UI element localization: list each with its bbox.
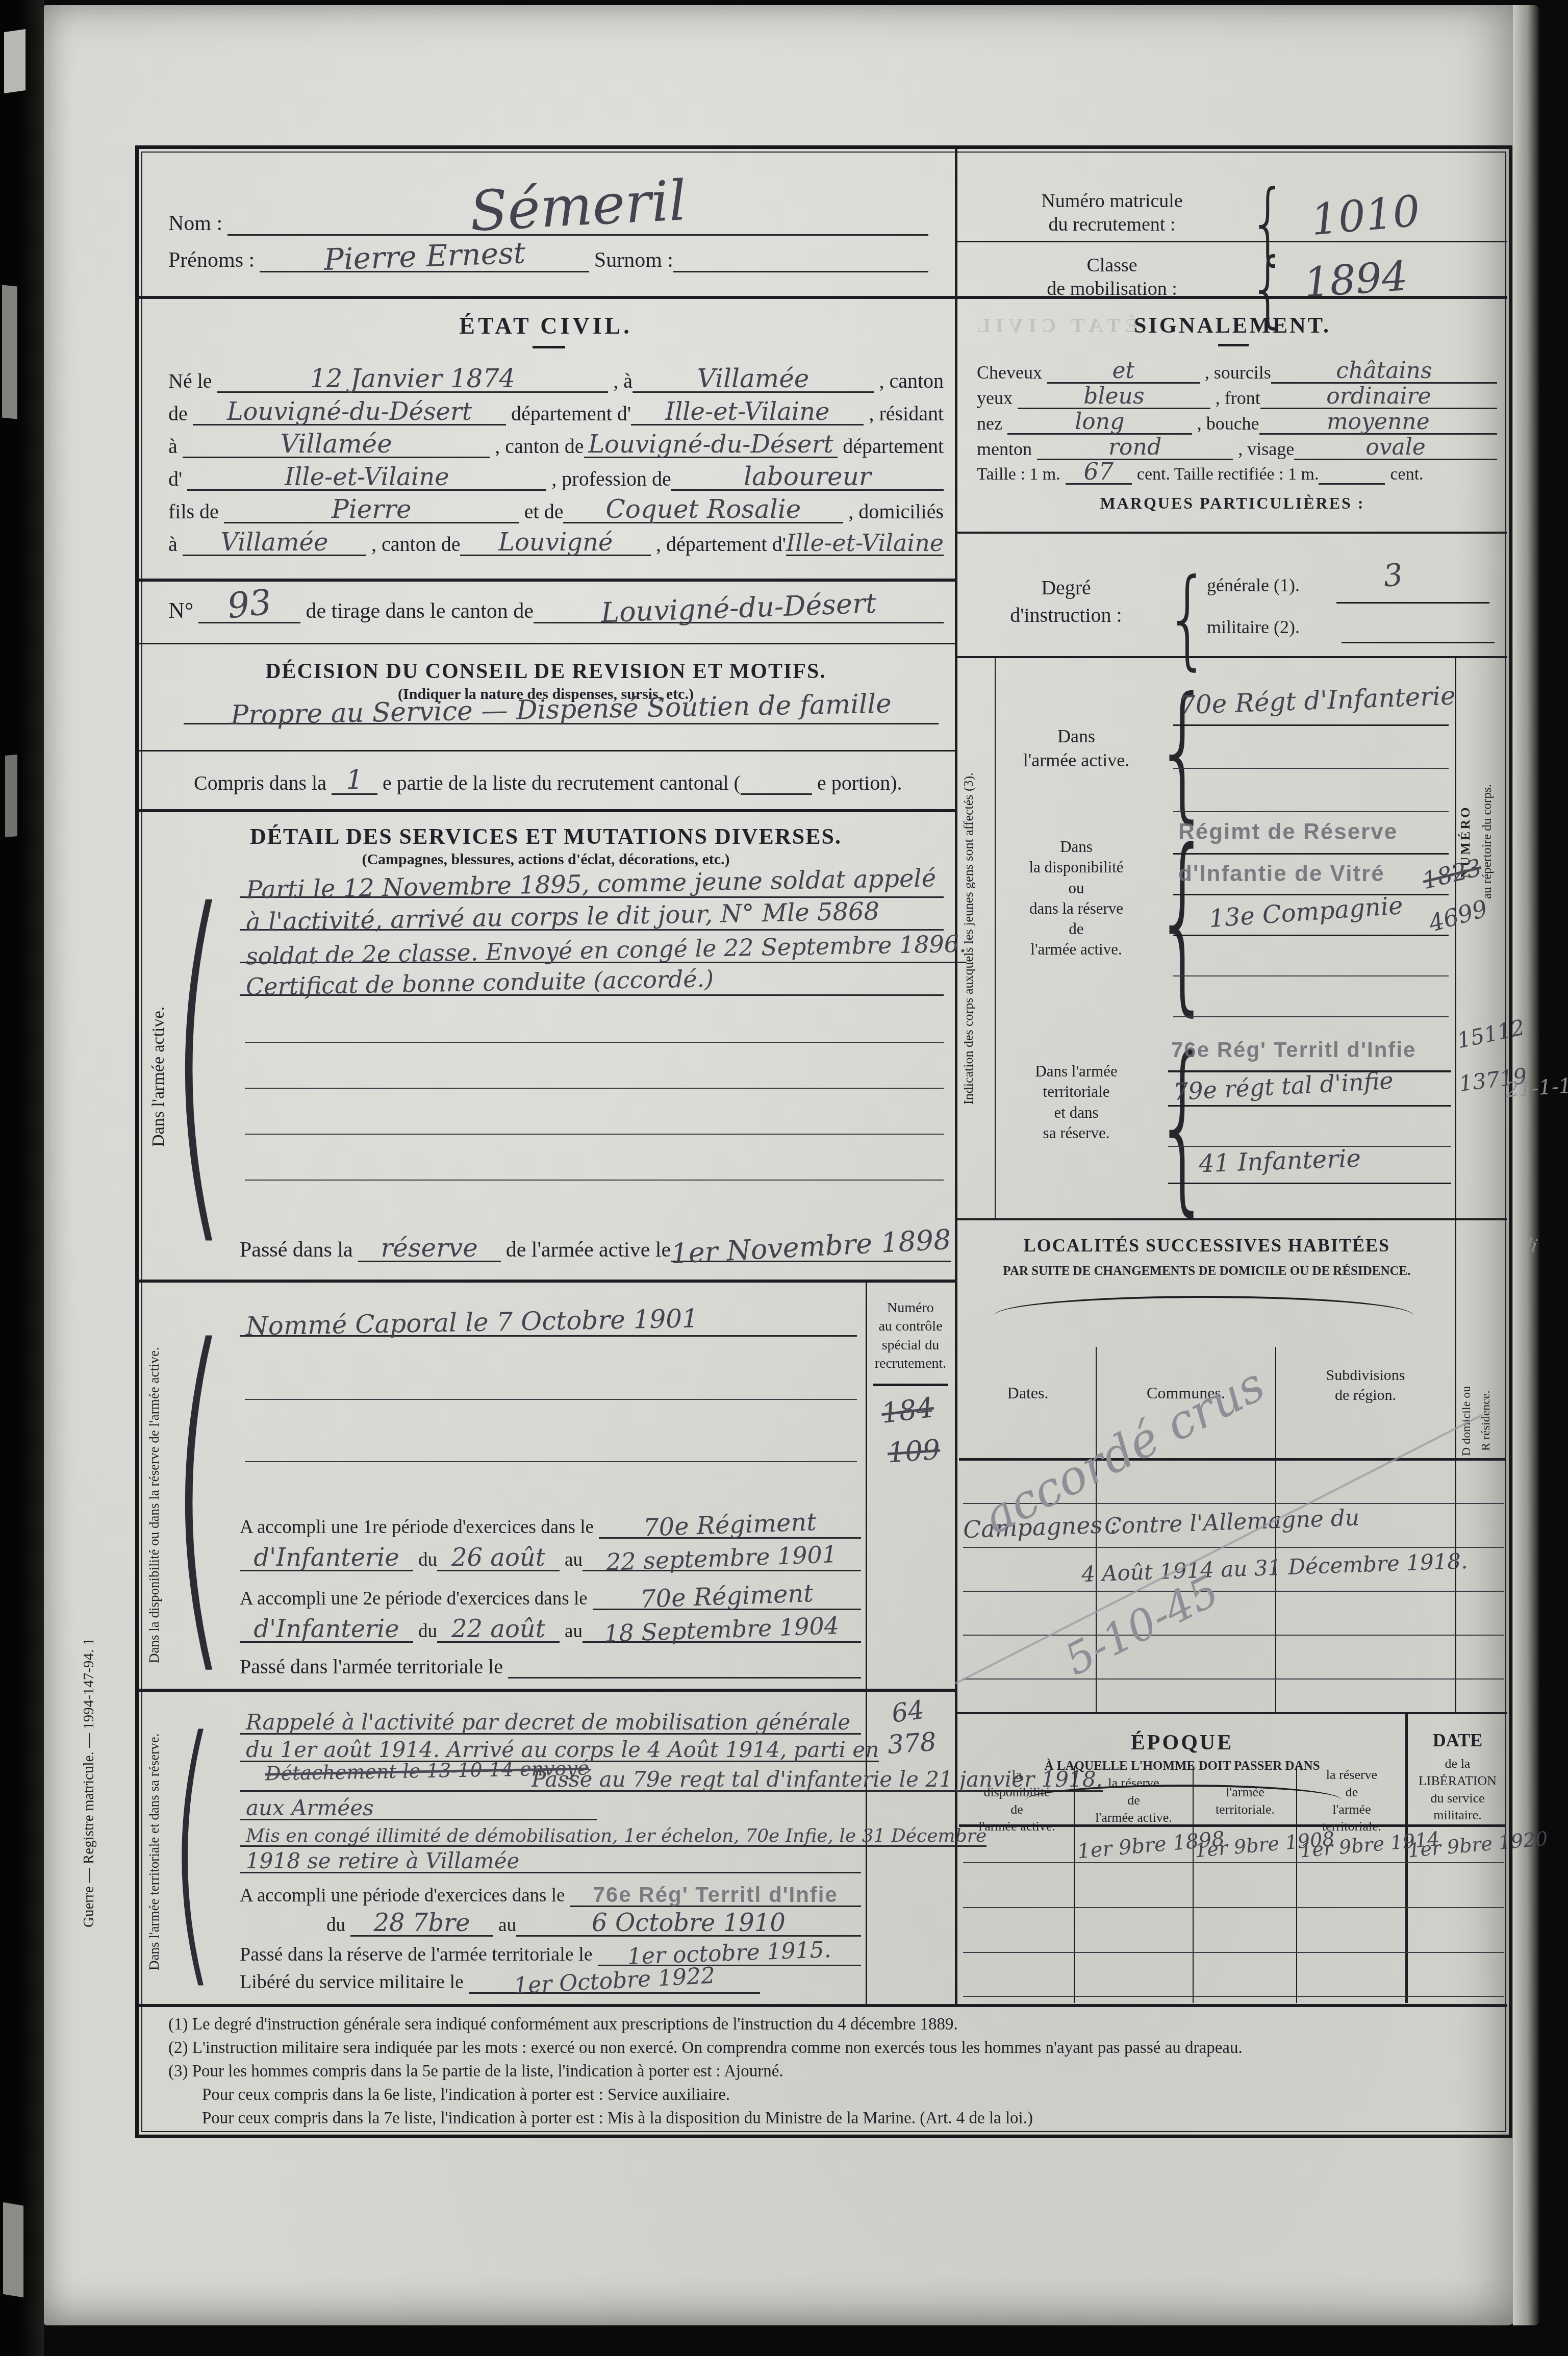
corps-g3-number-date: 21-1-18	[1505, 1075, 1568, 1101]
field-label: , domiciliés	[843, 501, 944, 523]
rule	[959, 1458, 1506, 1461]
footnote: Pour ceux compris dans la 7e liste, l'in…	[202, 2109, 1528, 2128]
profession-value: laboureur	[744, 462, 871, 491]
libere-date: 1er Octobre 1922	[513, 1965, 716, 1998]
territoriale-from: 28 7bre	[374, 1909, 470, 1937]
nom-field: Sémeril	[227, 179, 928, 236]
footnote: (1) Le degré d'instruction générale sera…	[168, 2015, 1495, 2034]
residence-value: Villamée	[280, 429, 392, 459]
passe-reserve-row: Passé dans la réserve de l'armée active …	[240, 1224, 949, 1262]
periode2-to: 18 Septembre 1904	[604, 1614, 840, 1645]
compris-row: Compris dans la 1 e partie de la liste d…	[194, 764, 898, 795]
rule	[1342, 642, 1495, 643]
trait-label: Cheveux	[977, 363, 1047, 384]
front-value: ordinaire	[1326, 383, 1431, 409]
services-field: Parti le 12 Novembre 1895, comme jeune s…	[240, 872, 944, 898]
decision-row: Propre au Service — Dispensé Soutien de …	[184, 693, 939, 724]
territoriale-periode-stamp-field: 76e Rég' Territl d'Infie	[570, 1884, 861, 1907]
rule	[139, 2004, 1507, 2007]
paper-shard	[4, 29, 26, 93]
paper-shard	[5, 755, 17, 837]
corps-g2-stamp2: d'Infantie de Vitré	[1178, 861, 1385, 887]
services-line: Parti le 12 Novembre 1895, comme jeune s…	[240, 866, 944, 898]
territoriale-to-field: 6 Octobre 1910	[516, 1911, 861, 1937]
nez-field: long	[1007, 411, 1192, 435]
nez-value: long	[1075, 409, 1124, 435]
territoriale-periode-row: A accompli une période d'exercices dans …	[240, 1877, 861, 1907]
section-paren: (	[168, 867, 228, 1250]
degre-label: d'instruction :	[977, 603, 1155, 627]
periode1-inf: d'Infanterie	[254, 1543, 399, 1572]
rule	[139, 643, 955, 644]
taille-field: 67	[1066, 460, 1132, 485]
periode1-from: 26 août	[451, 1543, 545, 1572]
signalement-row: Cheveux et , sourcils châtains	[977, 358, 1497, 384]
field-label: d'	[168, 468, 187, 491]
prenoms-label: Prénoms :	[168, 249, 260, 272]
rule	[1074, 1766, 1075, 2003]
passe-territoriale-row: Passé dans l'armée territoriale le	[240, 1647, 861, 1678]
residence-field: Villamée	[183, 431, 490, 458]
nom-label: Nom :	[168, 212, 227, 236]
passe-territoriale-label: Passé dans l'armée territoriale le	[240, 1656, 508, 1678]
rule	[245, 1042, 944, 1043]
territoriale-line: Mis en congé illimité de démobilisation,…	[240, 1820, 861, 1847]
militaire-label: militaire (2).	[1207, 616, 1300, 638]
territoriale-from-field: 28 7bre	[350, 1911, 493, 1937]
decision-field: Propre au Service — Dispensé Soutien de …	[184, 696, 939, 724]
compris-portion-field	[741, 793, 812, 795]
rule	[959, 1824, 1506, 1827]
au-label: au	[493, 1916, 516, 1937]
rule	[957, 241, 1507, 242]
decision-value: Propre au Service — Dispensé Soutien de …	[231, 691, 892, 729]
etat-civil-row: à Villamée , canton de Louvigné-du-Déser…	[168, 425, 944, 458]
rule	[1173, 724, 1449, 726]
birthplace-field: Villamée	[633, 366, 874, 393]
corps-g2-stamp: Régimt de Réserve	[1178, 819, 1398, 845]
field-label: à	[168, 534, 183, 556]
periode2-row2: d'Infanterie du 22 août au 18 Septembre …	[240, 1610, 861, 1643]
au-label: au	[560, 1622, 583, 1643]
territoriale-line: Passé au 79e regt tal d'infanterie le 21…	[240, 1764, 861, 1792]
degre-label: Degré	[990, 575, 1143, 599]
rule	[1173, 1016, 1449, 1017]
rule	[139, 809, 955, 812]
menton-value: rond	[1108, 434, 1161, 460]
periode2-regiment-field: 70e Régiment	[593, 1584, 861, 1610]
etat-civil-row: Né le 12 Janvier 1874 , à Villamée , can…	[168, 360, 944, 393]
front-field: ordinaire	[1260, 385, 1497, 409]
father-value: Pierre	[332, 494, 412, 524]
rule	[963, 1907, 1504, 1908]
yeux-value: bleus	[1083, 383, 1144, 409]
sourcils-value: châtains	[1336, 358, 1432, 384]
taille-value: 67	[1084, 458, 1114, 485]
services-field: soldat de 2e classe. Envoyé en congé le …	[240, 938, 967, 963]
cent-label: cent.	[1385, 465, 1423, 485]
signalement-row: menton rond , visage ovale	[977, 435, 1497, 460]
cheveux-value: et	[1112, 358, 1135, 384]
territoriale-margin-number: 378	[887, 1729, 937, 1758]
periode2-to-field: 18 Septembre 1904	[583, 1618, 861, 1643]
rule	[963, 1591, 1504, 1592]
corps-g3-stamp: 76e Rég' Territl d'Infie	[1171, 1038, 1416, 1062]
rule	[1173, 894, 1449, 895]
matricule-label: du recrutement :	[984, 213, 1240, 236]
etat-civil-row: à Villamée , canton de Louvigné , départ…	[168, 523, 944, 556]
rule	[957, 532, 1507, 534]
passe-reserve-territoriale-row: Passé dans la réserve de l'armée territo…	[240, 1939, 861, 1966]
bouche-field: moyenne	[1259, 411, 1497, 435]
territoriale-entry: Mis en congé illimité de démobilisation,…	[246, 1825, 987, 1846]
caporal-entry: Nommé Caporal le 7 Octobre 1901	[246, 1306, 699, 1339]
tirage-row: N° 93 de tirage dans le canton de Louvig…	[168, 585, 944, 623]
epoque-col3-header: l'armée territoriale.	[1196, 1784, 1294, 1818]
field-label: Né le	[168, 370, 217, 393]
rule	[1405, 1714, 1408, 2003]
compris-label: e partie de la liste du recrutement cant…	[377, 772, 741, 795]
epoque-col2-header: la réserve de l'armée active.	[1076, 1774, 1191, 1826]
passe-label: Passé dans la	[240, 1239, 358, 1262]
rule	[1168, 1183, 1451, 1184]
trait-label: yeux	[977, 389, 1018, 409]
periode1-regiment-field: 70e Régiment	[599, 1513, 861, 1539]
departement-value: Ille-et-Vilaine	[665, 397, 830, 426]
etat-civil-row: d' Ille-et-Vilaine , profession de labou…	[168, 458, 944, 491]
trait-label: menton	[977, 440, 1037, 460]
canton-field: Louvigné	[460, 530, 651, 556]
compris-label: Compris dans la	[194, 772, 332, 795]
departement-field: Ille-et-Vilaine	[786, 531, 944, 556]
compris-partie-field: 1	[332, 767, 377, 795]
rule	[1455, 656, 1456, 1218]
menton-field: rond	[1037, 436, 1233, 460]
nom-row: Nom : Sémeril	[168, 190, 928, 236]
services-line: soldat de 2e classe. Envoyé en congé le …	[240, 932, 944, 963]
armee-active-side-label: Dans l'armée active.	[149, 918, 171, 1235]
etat-civil-title: ÉTAT CIVIL.	[138, 312, 954, 339]
footnote: Pour ceux compris dans la 6e liste, l'in…	[202, 2086, 1528, 2104]
rule	[245, 1399, 857, 1400]
territoriale-field: 1918 se retire à Villamée	[240, 1850, 861, 1873]
trait-label: , bouche	[1192, 414, 1259, 435]
rule	[1218, 344, 1249, 346]
disponibilite-side-label: Dans la disponibilité ou dans la réserve…	[144, 1326, 200, 1684]
paper-shard	[2, 285, 17, 419]
corps-g3-value2: 41 Infanterie	[1198, 1146, 1361, 1176]
matricule-label: Numéro matricule	[984, 190, 1240, 212]
periode2-label: A accompli une 2e période d'exercices da…	[240, 1589, 593, 1610]
departement-value: Ille-et-Vilaine	[786, 529, 944, 557]
territoriale-entry: Rappelé à l'activité par decret de mobil…	[246, 1710, 850, 1735]
rule	[1173, 768, 1449, 769]
territoriale-line: Rappelé à l'activité par decret de mobil…	[240, 1707, 861, 1735]
rule	[533, 346, 565, 348]
paper-shard	[3, 2202, 23, 2297]
territoriale-margin-number: 64	[890, 1697, 926, 1726]
bouche-value: moyenne	[1327, 409, 1430, 435]
field-label: département d'	[506, 403, 631, 425]
cheveux-field: et	[1047, 360, 1200, 384]
field-label: , résidant	[864, 403, 944, 425]
periode1-from-field: 26 août	[437, 1545, 560, 1571]
territoriale-periode-stamp: 76e Rég' Territl d'Infie	[593, 1883, 838, 1907]
rule	[1336, 602, 1489, 604]
periode1-regiment: 70e Régiment	[643, 1510, 817, 1540]
visage-field: ovale	[1294, 436, 1497, 460]
passe-reserve-territoriale-field: 1er octobre 1915.	[598, 1942, 861, 1966]
compris-label: e portion).	[812, 772, 902, 795]
au-label: au	[560, 1550, 583, 1571]
taille-label: Taille : 1 m.	[977, 465, 1066, 485]
domicile-value: Villamée	[220, 528, 328, 557]
marques-label: MARQUES PARTICULIÈRES :	[957, 494, 1508, 513]
du-label: du	[413, 1550, 437, 1571]
libere-field: 1er Octobre 1922	[469, 1970, 760, 1994]
rule	[245, 1461, 857, 1462]
libere-label: Libéré du service militaire le	[240, 1972, 469, 1994]
canton-field: Louvigné-du-Désert	[584, 432, 838, 458]
periode2-row: A accompli une 2e période d'exercices da…	[240, 1577, 861, 1610]
controle-number: 184	[880, 1394, 935, 1427]
periode1-label: A accompli une 1re période d'exercices d…	[240, 1518, 599, 1539]
classe-label: Classe	[984, 254, 1240, 277]
territoriale-periode-label: A accompli une période d'exercices dans …	[240, 1886, 570, 1907]
departement-value: Ille-et-Vilaine	[285, 463, 449, 491]
rule	[245, 1134, 944, 1135]
rule	[963, 1862, 1504, 1863]
territoriale-field: aux Armées	[240, 1797, 597, 1820]
services-field: Certificat de bonne conduite (accordé.)	[240, 971, 944, 996]
taille-row: Taille : 1 m. 67 cent. Taille rectifiée …	[977, 460, 1497, 485]
passe-label: de l'armée active le	[501, 1239, 671, 1262]
taille-rectifiee-label: cent. Taille rectifiée : 1 m.	[1132, 465, 1319, 485]
brace-decoration: {	[1154, 1035, 1212, 1218]
date-liberation-header2: de la LIBÉRATION du service militaire.	[1408, 1755, 1507, 1824]
rule	[139, 750, 955, 751]
rule	[963, 1678, 1504, 1680]
du-label: du	[413, 1622, 437, 1643]
rule	[1455, 1218, 1456, 1712]
territoriale-entry: aux Armées	[246, 1795, 374, 1820]
services-field: à l'activité, arrivé au corps le dit jou…	[240, 905, 944, 931]
tirage-label: de tirage dans le canton de	[300, 600, 534, 623]
rule	[1173, 811, 1449, 812]
periode1-to: 22 septembre 1901	[606, 1542, 838, 1574]
passe-territoriale-field	[508, 1677, 861, 1678]
generale-label: générale (1).	[1207, 574, 1300, 596]
rule	[1173, 975, 1449, 976]
passe-field: réserve	[358, 1235, 501, 1262]
services-entry: soldat de 2e classe. Envoyé en congé le …	[246, 932, 967, 968]
canton-value: Louvigné	[498, 528, 613, 557]
services-line: Certificat de bonne conduite (accordé.)	[240, 964, 944, 996]
tirage-number: 93	[226, 585, 273, 624]
rule	[963, 1547, 1504, 1548]
territoriale-line: aux Armées	[240, 1796, 597, 1820]
departement-field: Ille-et-Vilaine	[631, 399, 864, 425]
services-entry: à l'activité, arrivé au corps le dit jou…	[246, 899, 880, 935]
signalement-title: SIGNALEMENT.	[957, 312, 1508, 338]
prenoms-field: Pierre Ernest	[260, 241, 589, 272]
trait-label: , front	[1210, 389, 1260, 409]
generale-value: 3	[1382, 559, 1404, 592]
rule	[1296, 1766, 1297, 2003]
mother-field: Coquet Rosalie	[563, 496, 843, 523]
rule	[955, 149, 957, 2004]
father-field: Pierre	[224, 496, 519, 523]
trait-label: , sourcils	[1200, 363, 1271, 384]
col-subdivisions: Subdivisions de région.	[1281, 1365, 1450, 1405]
periode1-inf-field: d'Infanterie	[240, 1545, 413, 1571]
field-label: à	[168, 436, 183, 458]
rule	[963, 1952, 1504, 1953]
sourcils-field: châtains	[1271, 360, 1497, 384]
rule	[245, 1180, 944, 1181]
rule	[1173, 935, 1449, 936]
surnom-label: Surnom :	[589, 249, 673, 272]
rule	[1173, 853, 1449, 855]
libere-row: Libéré du service militaire le 1er Octob…	[240, 1967, 760, 1994]
periode2-inf: d'Infanterie	[254, 1615, 399, 1643]
passe-date: 1er Novembre 1898	[670, 1226, 952, 1268]
corps-side-label: Indication des corps auxquels les jeunes…	[961, 663, 992, 1214]
canton-value: Louvigné-du-Désert	[227, 397, 472, 426]
territoriale-side-label: Dans l'armée territoriale et dans sa rés…	[144, 1719, 200, 1985]
field-label: de	[168, 403, 193, 425]
birthplace-value: Villamée	[697, 364, 810, 393]
field-label: , canton de	[490, 436, 584, 458]
col-domicile-residence: R résidence.	[1479, 1347, 1498, 1495]
territoriale-field: Rappelé à l'activité par decret de mobil…	[240, 1712, 861, 1735]
spine-imprint-label: Guerre — Registre matricule. — 1994-147-…	[81, 1444, 104, 2122]
book-spine	[0, 0, 44, 2356]
birthdate-field: 12 Janvier 1874	[217, 366, 609, 393]
periode1-row: A accompli une 1re période d'exercices d…	[240, 1506, 861, 1539]
compris-partie: 1	[346, 765, 363, 795]
territoriale-line: 1918 se retire à Villamée	[240, 1847, 861, 1873]
territoriale-entry: 1918 se retire à Villamée	[246, 1848, 519, 1873]
field-label: , profession de	[546, 468, 671, 491]
trait-label: , visage	[1233, 440, 1294, 460]
periode1-to-field: 22 septembre 1901	[583, 1546, 861, 1571]
epoque-title: ÉPOQUE	[959, 1731, 1405, 1755]
rule	[957, 1218, 1507, 1220]
mother-value: Coquet Rosalie	[605, 494, 801, 524]
surnom-field	[673, 271, 928, 272]
rule	[866, 1280, 867, 2004]
field-label: , canton de	[366, 534, 460, 556]
col-dates: Dates.	[964, 1384, 1092, 1402]
rule	[957, 656, 1507, 658]
rule	[139, 1689, 955, 1692]
services-line: à l'activité, arrivé au corps le dit jou…	[240, 899, 944, 931]
prenoms-value: Pierre Ernest	[323, 238, 526, 274]
field-label: département	[838, 436, 944, 458]
field-label: , canton	[874, 370, 944, 393]
canton-value: Louvigné-du-Désert	[588, 430, 833, 459]
tirage-canton-field: Louvigné-du-Désert	[534, 594, 944, 623]
profession-field: laboureur	[671, 464, 944, 491]
rule	[957, 1712, 1507, 1714]
rule	[139, 296, 1507, 299]
territoriale-periode-row2: du 28 7bre au 6 Octobre 1910	[326, 1908, 861, 1937]
numero-repertoire-label2: au répertoire du corps.	[1480, 679, 1501, 1005]
controle-header: Numéro au contrôle spécial du recrutemen…	[867, 1299, 954, 1373]
canton-field: Louvigné-du-Désert	[193, 399, 506, 425]
caporal-row: Nommé Caporal le 7 Octobre 1901	[240, 1304, 857, 1337]
caporal-field: Nommé Caporal le 7 Octobre 1901	[240, 1310, 857, 1337]
rule	[1168, 1105, 1451, 1107]
etat-civil-row: de Louvigné-du-Désert département d' Ill…	[168, 393, 944, 425]
tirage-canton: Louvigné-du-Désert	[600, 590, 877, 627]
field-label: fils de	[168, 501, 224, 523]
localites-subtitle: PAR SUITE DE CHANGEMENTS DE DOMICILE OU …	[957, 1264, 1457, 1279]
passe-value: réserve	[381, 1233, 477, 1263]
field-label: et de	[519, 501, 564, 523]
services-entry: Parti le 12 Novembre 1895, comme jeune s…	[246, 866, 937, 903]
birthdate-value: 12 Janvier 1874	[310, 364, 515, 393]
passe-date-field: 1er Novembre 1898	[671, 1233, 951, 1262]
registre-matricule-scan: Guerre — Registre matricule. — 1994-147-…	[0, 0, 1568, 2356]
nom-value: Sémeril	[468, 173, 688, 240]
passe-reserve-territoriale-date: 1er octobre 1915.	[627, 1939, 831, 1968]
tirage-label: N°	[168, 599, 198, 623]
matricule-value: 1010	[1309, 189, 1422, 241]
field-label: , à	[608, 370, 633, 393]
signalement-row: yeux bleus , front ordinaire	[977, 384, 1497, 409]
etat-civil-row: fils de Pierre et de Coquet Rosalie , do…	[168, 491, 944, 523]
rule	[1193, 1766, 1194, 2003]
territoriale-to: 6 Octobre 1910	[592, 1909, 786, 1937]
periode2-from: 22 août	[451, 1615, 545, 1643]
footnote: (3) Pour les hommes compris dans la 5e p…	[168, 2062, 1495, 2081]
corps-g2-label: Dans la disponibilité ou dans la réserve…	[1000, 837, 1153, 960]
localites-title: LOCALITÉS SUCCESSIVES HABITÉES	[957, 1235, 1457, 1256]
controle-number: 109	[887, 1436, 941, 1467]
domicile-field: Villamée	[183, 530, 366, 556]
services-title: DÉTAIL DES SERVICES ET MUTATIONS DIVERSE…	[138, 823, 954, 849]
departement-field: Ille-et-Vilaine	[187, 465, 546, 491]
visage-value: ovale	[1365, 434, 1426, 460]
field-label: , département d'	[651, 534, 786, 556]
page-edge-curl	[1513, 5, 1539, 2325]
rule	[139, 579, 955, 582]
periode2-from-field: 22 août	[437, 1617, 560, 1643]
prenoms-row: Prénoms : Pierre Ernest Surnom :	[168, 236, 928, 272]
periode2-regiment: 70e Régiment	[640, 1581, 814, 1612]
date-liberation-header: DATE	[1408, 1730, 1507, 1751]
corps-g1-label: Dans l'armée active.	[1000, 724, 1153, 772]
territoriale-field: Mis en congé illimité de démobilisation,…	[240, 1827, 987, 1847]
taille-rectifiee-field	[1319, 483, 1385, 485]
corps-g3-label: Dans l'armée territoriale et dans sa rés…	[1000, 1061, 1153, 1143]
passe-reserve-territoriale-label: Passé dans la réserve de l'armée territo…	[240, 1945, 598, 1966]
rule	[139, 1280, 955, 1283]
du-label: du	[326, 1916, 350, 1937]
yeux-field: bleus	[1018, 385, 1210, 409]
decision-title: DÉCISION DU CONSEIL DE REVISION ET MOTIF…	[138, 659, 954, 684]
trait-label: nez	[977, 414, 1007, 435]
rule	[995, 656, 996, 1218]
rule	[963, 1996, 1504, 1997]
rule	[963, 1635, 1504, 1636]
signalement-row: nez long , bouche moyenne	[977, 409, 1497, 435]
tirage-number-field: 93	[198, 587, 300, 623]
rule	[245, 1088, 944, 1089]
periode2-inf-field: d'Infanterie	[240, 1617, 413, 1643]
